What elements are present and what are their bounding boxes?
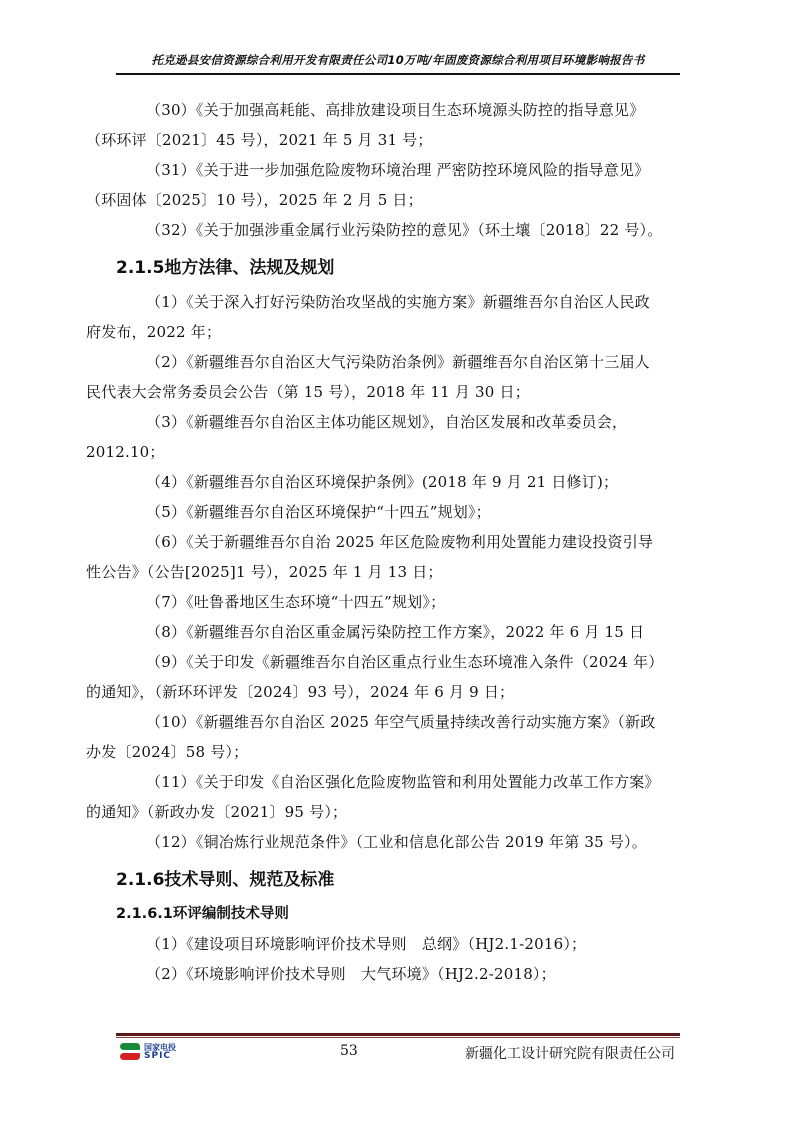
list-item: （30）《关于加强高耗能、高排放建设项目生态环境源头防控的指导意见》（环环评〔2… bbox=[116, 95, 680, 155]
list-item: （12）《铜冶炼行业规范条件》（工业和信息化部公告 2019 年第 35 号）。 bbox=[116, 827, 680, 857]
list-item: （11）《关于印发《自治区强化危险废物监管和利用处置能力改革工作方案》的通知》（… bbox=[116, 767, 680, 827]
footer-organization: 新疆化工设计研究院有限责任公司 bbox=[465, 1043, 675, 1063]
list-item: （1）《建设项目环境影响评价技术导则 总纲》（HJ2.1-2016）； bbox=[116, 929, 680, 959]
list-item: （3）《新疆维吾尔自治区主体功能区规划》，自治区发展和改革委员会，2012.10… bbox=[116, 407, 680, 467]
section-heading-2-1-5: 2.1.5地方法律、法规及规划 bbox=[116, 251, 680, 285]
list-item: （31）《关于进一步加强危险废物环境治理 严密防控环境风险的指导意见》（环固体〔… bbox=[116, 155, 680, 215]
logo-en-text: SPIC bbox=[144, 1052, 176, 1061]
subsection-heading-2-1-6-1: 2.1.6.1环评编制技术导则 bbox=[116, 899, 680, 929]
header-rule bbox=[116, 73, 680, 75]
document-body: （30）《关于加强高耗能、高排放建设项目生态环境源头防控的指导意见》（环环评〔2… bbox=[116, 95, 680, 989]
list-item: （2）《环境影响评价技术导则 大气环境》（HJ2.2-2018）； bbox=[116, 959, 680, 989]
section-heading-2-1-6: 2.1.6技术导则、规范及标准 bbox=[116, 863, 680, 897]
page-number: 53 bbox=[340, 1043, 358, 1059]
list-item: （10）《新疆维吾尔自治区 2025 年空气质量持续改善行动实施方案》（新政办发… bbox=[116, 707, 680, 767]
list-item: （4）《新疆维吾尔自治区环境保护条例》(2018 年 9 月 21 日修订)； bbox=[116, 467, 680, 497]
spic-logo-icon bbox=[120, 1043, 140, 1061]
page-header-title: 托克逊县安信资源综合利用开发有限责任公司10万吨/年固废资源综合利用项目环境影响… bbox=[116, 52, 680, 68]
list-item: （32）《关于加强涉重金属行业污染防控的意见》（环土壤〔2018〕22 号）。 bbox=[116, 215, 680, 245]
list-item: （1）《关于深入打好污染防治攻坚战的实施方案》新疆维吾尔自治区人民政府发布，20… bbox=[116, 287, 680, 347]
footer-rule-thin bbox=[116, 1037, 680, 1038]
spic-logo: 国家电投 SPIC bbox=[120, 1043, 176, 1061]
list-item: （9）《关于印发《新疆维吾尔自治区重点行业生态环境准入条件（2024 年）的通知… bbox=[116, 647, 680, 707]
footer-rule bbox=[116, 1033, 680, 1036]
list-item: （2）《新疆维吾尔自治区大气污染防治条例》新疆维吾尔自治区第十三届人民代表大会常… bbox=[116, 347, 680, 407]
list-item: （8）《新疆维吾尔自治区重金属污染防控工作方案》，2022 年 6 月 15 日 bbox=[116, 617, 680, 647]
list-item: （6）《关于新疆维吾尔自治 2025 年区危险废物利用处置能力建设投资引导性公告… bbox=[116, 527, 680, 587]
list-item: （7）《吐鲁番地区生态环境“十四五”规划》； bbox=[116, 587, 680, 617]
list-item: （5）《新疆维吾尔自治区环境保护“十四五”规划》； bbox=[116, 497, 680, 527]
